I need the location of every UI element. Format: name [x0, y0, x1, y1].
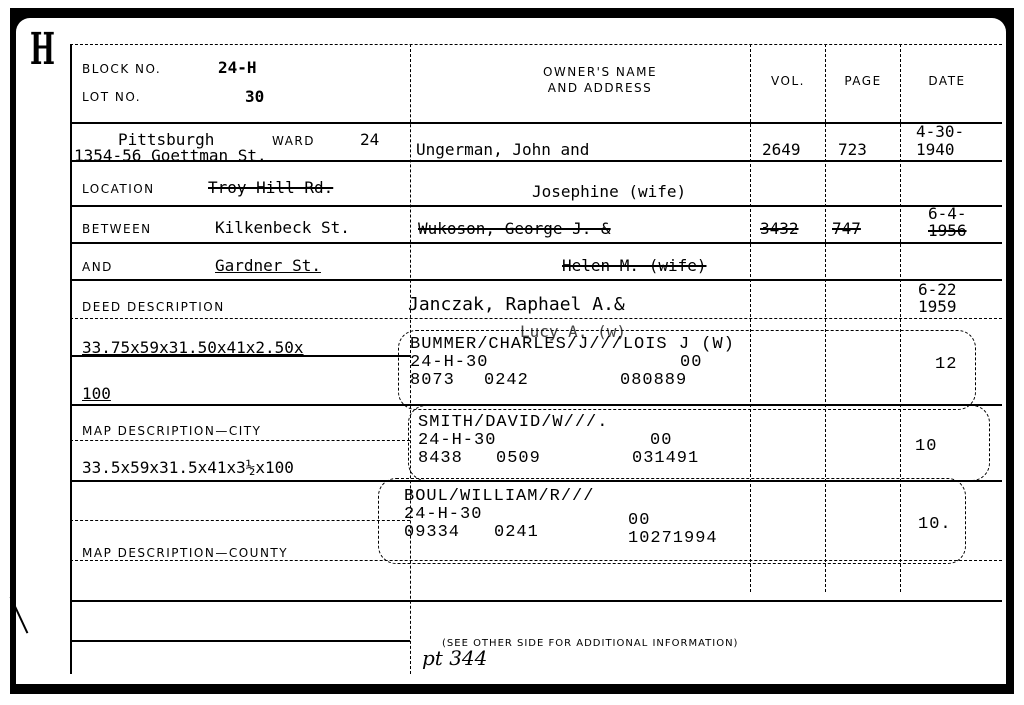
date-header: DATE [902, 73, 992, 89]
row-line [70, 600, 1002, 602]
ward-value: 24 [360, 130, 379, 149]
lot-value: 30 [245, 87, 264, 106]
sticker-3-ref-a: 09334 [404, 524, 460, 541]
between-value: Kilkenbeck St. [215, 218, 350, 237]
sticker-3-number: 10. [918, 516, 952, 533]
vol-header: VOL. [752, 73, 824, 89]
ward-label: WARD [272, 134, 315, 148]
and-value: Gardner St. [215, 256, 321, 275]
sticker-2-date: 031491 [632, 450, 699, 467]
owner-row-1-page: 723 [838, 140, 867, 159]
sticker-2-number: 10 [915, 438, 937, 455]
row-line [70, 205, 1002, 207]
sticker-3-date: 10271994 [628, 530, 718, 547]
location-label: LOCATION [82, 182, 155, 196]
sticker-3-code: 00 [628, 512, 650, 529]
row-line [70, 520, 410, 521]
owner-header: OWNER'S NAME AND ADDRESS [470, 64, 730, 96]
row-line [70, 279, 1002, 281]
sticker-3-ref-b: 0241 [494, 524, 539, 541]
sticker-2-ref-b: 0509 [496, 450, 541, 467]
sticker-2-line-1: SMITH/DAVID/W///. [418, 414, 608, 431]
between-label: BETWEEN [82, 222, 152, 236]
sticker-1-ref-b: 0242 [484, 372, 529, 389]
owner-row-1-vol: 2649 [762, 140, 801, 159]
sticker-1-date: 080889 [620, 372, 687, 389]
margin-letter: H [30, 24, 55, 75]
sticker-1-code: 00 [680, 354, 702, 371]
sticker-1-ref-a: 8073 [410, 372, 455, 389]
grid-line-top [70, 44, 1002, 45]
handwritten-note: pt 344 [422, 646, 487, 670]
sticker-2-id: 24-H-30 [418, 432, 496, 449]
page-header: PAGE [827, 73, 899, 89]
owner-row-1-date-2: 1940 [916, 140, 955, 159]
map-city-label: MAP DESCRIPTION—CITY [82, 424, 261, 438]
sticker-1-id: 24-H-30 [410, 354, 488, 371]
owner-row-4-name: Helen M. (wife) [562, 256, 707, 275]
row-line [70, 318, 1002, 319]
row-line [70, 122, 1002, 124]
owner-row-2-name: Josephine (wife) [532, 182, 686, 201]
deed-line-1: 33.75x59x31.50x41x2.50x [82, 338, 304, 357]
sticker-2-code: 00 [650, 432, 672, 449]
row-line [70, 440, 410, 441]
owner-row-3-vol: 3432 [760, 219, 799, 238]
owner-row-5-date-2: 1959 [918, 297, 957, 316]
map-county-label: MAP DESCRIPTION—COUNTY [82, 546, 288, 560]
grid-line-left [70, 44, 72, 674]
location-struck-value: Troy Hill Rd. [208, 178, 333, 197]
owner-header-line1: OWNER'S NAME [470, 64, 730, 80]
and-label: AND [82, 260, 113, 274]
map-city-value: 33.5x59x31.5x41x3½x100 [82, 458, 294, 477]
sticker-1-line-1: BUMMER/CHARLES/J///LOIS J (W) [410, 336, 735, 353]
address-value: 1354-56 Goettman St. [74, 146, 267, 165]
lot-label: LOT No. [82, 90, 141, 104]
block-label: BLOCK No. [82, 62, 161, 76]
owner-row-1-date-1: 4-30- [916, 122, 964, 141]
row-line [70, 640, 410, 642]
owner-row-3-name: Wukoson, George J. & [418, 219, 611, 238]
owner-row-3-date-2: 1956 [928, 221, 967, 240]
owner-row-3-page: 747 [832, 219, 861, 238]
owner-header-line2: AND ADDRESS [470, 80, 730, 96]
owner-row-1-name: Ungerman, John and [416, 140, 589, 159]
sticker-3-line-1: BOUL/WILLIAM/R/// [404, 488, 594, 505]
row-line [70, 242, 1002, 244]
owner-row-5-name: Janczak, Raphael A.& [408, 294, 625, 315]
deed-description-label: DEED DESCRIPTION [82, 300, 225, 314]
sticker-1-number: 12 [935, 356, 957, 373]
sticker-2-ref-a: 8438 [418, 450, 463, 467]
sticker-3-id: 24-H-30 [404, 506, 482, 523]
block-value: 24-H [218, 58, 257, 77]
deed-line-2: 100 [82, 384, 111, 403]
